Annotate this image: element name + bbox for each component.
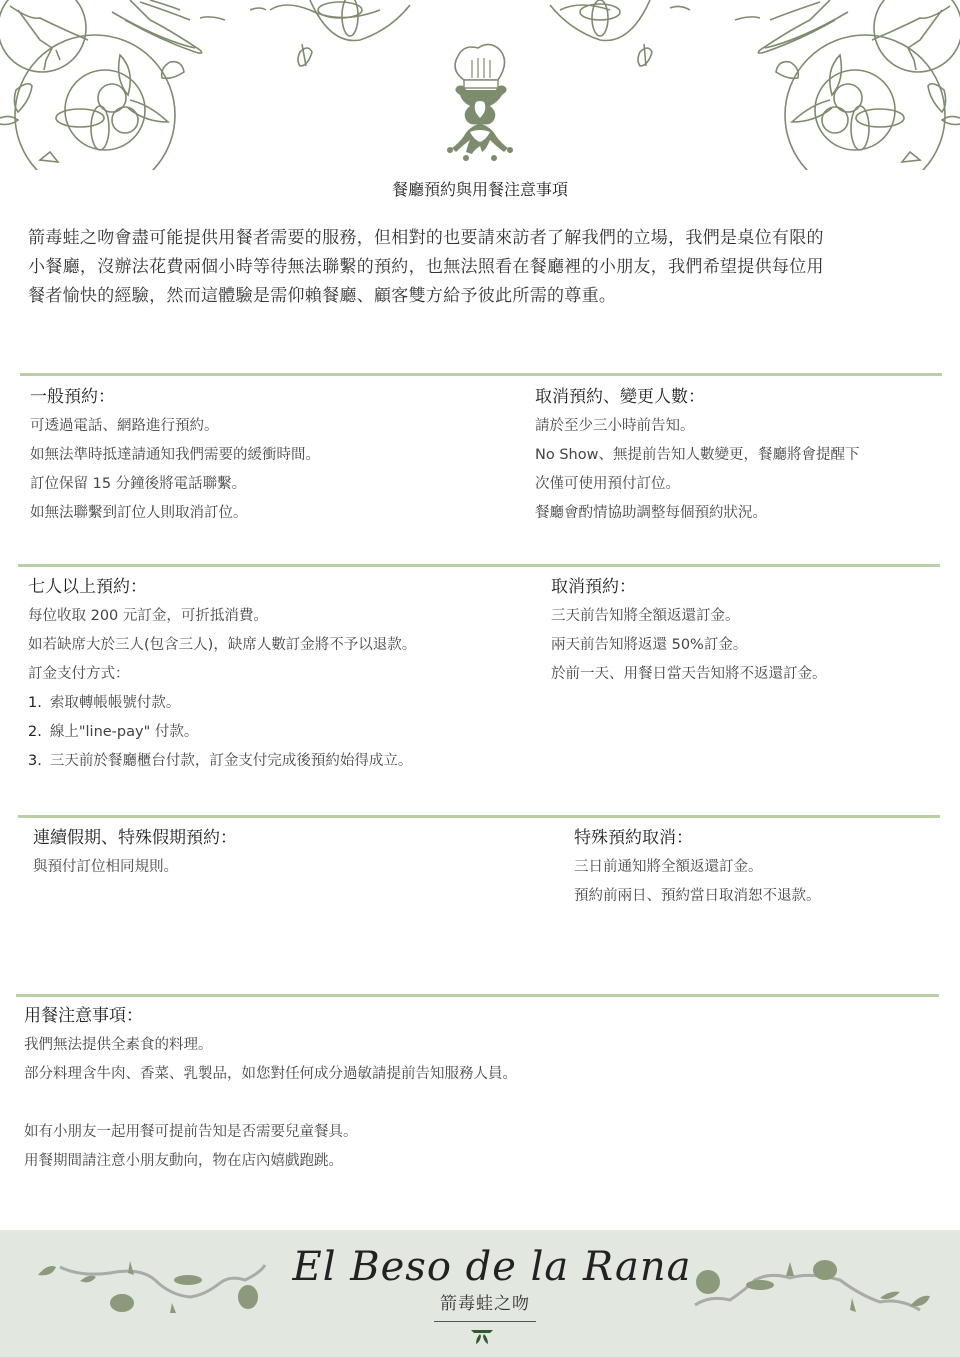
small-frog-mark-icon (470, 1328, 494, 1346)
coffee-illustration-left-icon (0, 0, 240, 170)
section-heading: 取消預約、變更人數： (535, 384, 859, 410)
section-heading: 用餐注意事項： (24, 1003, 517, 1029)
section-line: 於前一天、用餐日當天告知將不返還訂金。 (551, 660, 827, 689)
brand-name-script: El Beso de la Rana (292, 1244, 692, 1290)
section-line: 與預付訂位相同規則。 (33, 853, 237, 882)
leaf-vine-right-icon (690, 1250, 940, 1320)
section-line: 餐廳會酌情協助調整每個預約狀況。 (535, 499, 859, 528)
leaf-vine-left-icon (30, 1255, 270, 1315)
section-line: 兩天前告知將返還 50%訂金。 (551, 631, 827, 660)
section-line: 用餐期間請注意小朋友動向，物在店內嬉戲跑跳。 (24, 1147, 517, 1176)
section-line: 如有小朋友一起用餐可提前告知是否需要兒童餐具。 (24, 1118, 517, 1147)
intro-line: 小餐廳，沒辦法花費兩個小時等待無法聯繫的預約，也無法照看在餐廳裡的小朋友，我們希… (28, 253, 928, 282)
leaf-drop-left-icon (250, 0, 420, 75)
section-line: 如無法聯繫到訂位人則取消訂位。 (30, 499, 320, 528)
section-dining-notes: 用餐注意事項： 我們無法提供全素食的料理。 部分料理含牛肉、香菜、乳製品，如您對… (24, 1003, 517, 1176)
list-text: 索取轉帳帳號付款。 (50, 695, 181, 711)
payment-method-item: 2.線上"line-pay" 付款。 (28, 718, 416, 747)
payment-method-item: 1.索取轉帳帳號付款。 (28, 689, 416, 718)
payment-method-item: 3.三天前於餐廳櫃台付款，訂金支付完成後預約始得成立。 (28, 747, 416, 776)
section-special-cancel: 特殊預約取消： 三日前通知將全額返還訂金。 預約前兩日、預約當日取消恕不退款。 (574, 825, 821, 911)
section-heading: 連續假期、特殊假期預約： (33, 825, 237, 851)
section-divider (16, 994, 939, 997)
section-heading: 取消預約： (551, 574, 827, 600)
section-heading: 七人以上預約： (28, 574, 416, 600)
frog-chef-logo-icon (440, 40, 520, 165)
section-line: 預約前兩日、預約當日取消恕不退款。 (574, 882, 821, 911)
section-line: 如若缺席大於三人(包含三人)，缺席人數訂金將不予以退款。 (28, 631, 416, 660)
list-number: 1. (28, 695, 42, 711)
page-title: 餐廳預約與用餐注意事項 (0, 177, 960, 200)
section-divider (20, 373, 942, 376)
section-heading: 特殊預約取消： (574, 825, 821, 851)
section-divider (18, 815, 940, 818)
section-line: No Show、無提前告知人數變更，餐廳將會提醒下 (535, 441, 859, 470)
leaf-drop-right-icon (540, 0, 710, 75)
list-text: 三天前於餐廳櫃台付款，訂金支付完成後預約始得成立。 (50, 753, 413, 769)
intro-line: 餐者愉快的經驗，然而這體驗是需仰賴餐廳、顧客雙方給予彼此所需的尊重。 (28, 282, 928, 311)
section-line: 請於至少三小時前告知。 (535, 412, 859, 441)
section-line: 每位收取 200 元訂金，可折抵消費。 (28, 602, 416, 631)
list-text: 線上"line-pay" 付款。 (50, 724, 199, 740)
section-cancel-change: 取消預約、變更人數： 請於至少三小時前告知。 No Show、無提前告知人數變更… (535, 384, 859, 528)
section-line: 部分料理含牛肉、香菜、乳製品，如您對任何成分過敏請提前告知服務人員。 (24, 1060, 517, 1089)
section-heading: 一般預約： (30, 384, 320, 410)
section-line: 次僅可使用預付訂位。 (535, 470, 859, 499)
section-holiday-booking: 連續假期、特殊假期預約： 與預付訂位相同規則。 (33, 825, 237, 882)
section-deposit-cancel: 取消預約： 三天前告知將全額返還訂金。 兩天前告知將返還 50%訂金。 於前一天… (551, 574, 827, 689)
intro-paragraph: 箭毒蛙之吻會盡可能提供用餐者需要的服務，但相對的也要請來訪者了解我們的立場，我們… (28, 224, 928, 311)
brand-name-chinese: 箭毒蛙之吻 (430, 1289, 540, 1314)
spacer (24, 1089, 517, 1118)
section-large-party: 七人以上預約： 每位收取 200 元訂金，可折抵消費。 如若缺席大於三人(包含三… (28, 574, 416, 776)
section-line: 如無法準時抵達請通知我們需要的緩衝時間。 (30, 441, 320, 470)
section-divider (18, 564, 940, 567)
section-line: 三日前通知將全額返還訂金。 (574, 853, 821, 882)
section-general-booking: 一般預約： 可透過電話、網路進行預約。 如無法準時抵達請通知我們需要的緩衝時間。… (30, 384, 320, 528)
coffee-illustration-right-icon (720, 0, 960, 170)
section-line: 訂位保留 15 分鐘後將電話聯繫。 (30, 470, 320, 499)
intro-line: 箭毒蛙之吻會盡可能提供用餐者需要的服務，但相對的也要請來訪者了解我們的立場，我們… (28, 224, 928, 253)
list-number: 2. (28, 724, 42, 740)
section-line: 我們無法提供全素食的料理。 (24, 1031, 517, 1060)
section-line: 三天前告知將全額返還訂金。 (551, 602, 827, 631)
brand-underline (434, 1321, 536, 1322)
list-number: 3. (28, 753, 42, 769)
section-line: 可透過電話、網路進行預約。 (30, 412, 320, 441)
section-line: 訂金支付方式： (28, 660, 416, 689)
